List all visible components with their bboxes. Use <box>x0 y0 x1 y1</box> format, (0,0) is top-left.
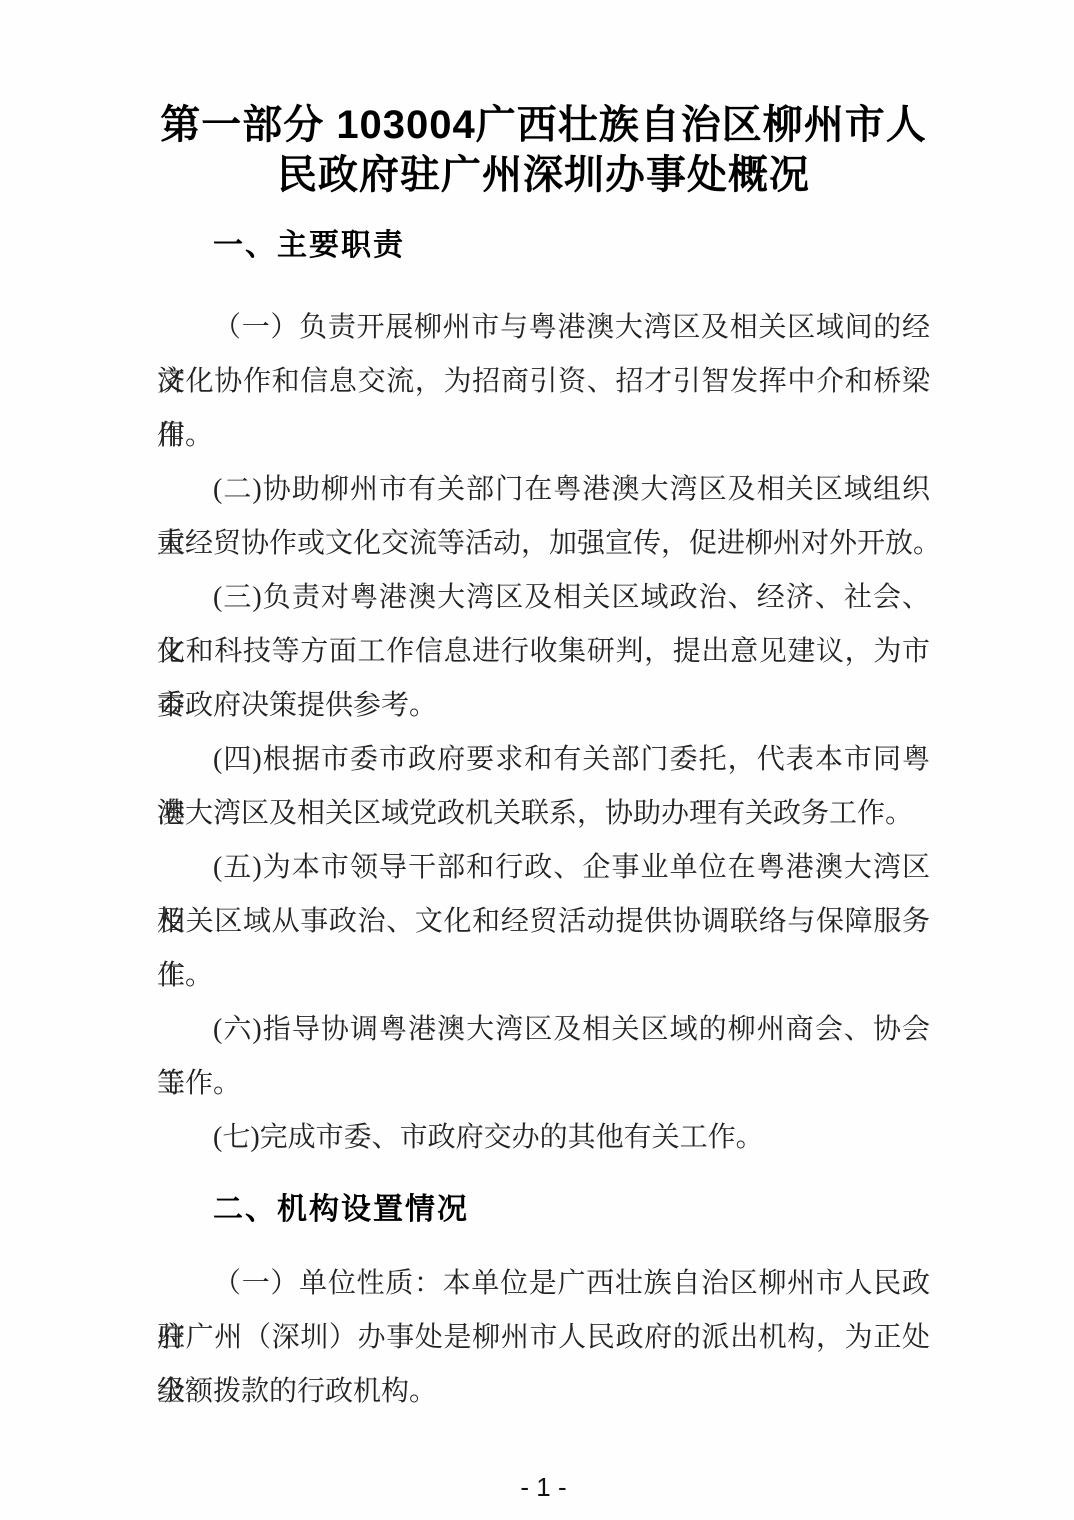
paragraph-line: 市政府决策提供参考。 <box>157 679 930 733</box>
paragraph-line: (五)为本市领导干部和行政、企事业单位在粤港澳大湾区及 <box>157 841 930 895</box>
document-title: 第一部分 103004广西壮族自治区柳州市人 民政府驻广州深圳办事处概况 <box>157 0 930 200</box>
paragraph-line: (三)负责对粤港澳大湾区及相关区域政治、经济、社会、文 <box>157 571 930 625</box>
paragraph-line: 全额拨款的行政机构。 <box>157 1365 930 1419</box>
document-page: 第一部分 103004广西壮族自治区柳州市人 民政府驻广州深圳办事处概况 一、主… <box>0 0 1074 1520</box>
paragraph-line: 用。 <box>157 409 930 463</box>
section-body-main-duties: （一）负责开展柳州市与粤港澳大湾区及相关区域间的经济 文化协作和信息交流，为招商… <box>157 301 930 1165</box>
document-title-line-1: 第一部分 103004广西壮族自治区柳州市人 <box>157 100 930 150</box>
paragraph-line: (六)指导协调粤港澳大湾区及相关区域的柳州商会、协会等 <box>157 1003 930 1057</box>
section-heading-organization: 二、机构设置情况 <box>157 1190 930 1230</box>
document-title-line-2: 民政府驻广州深圳办事处概况 <box>157 150 930 200</box>
paragraph-line: 作。 <box>157 949 930 1003</box>
paragraph-line: 相关区域从事政治、文化和经贸活动提供协调联络与保障服务工 <box>157 895 930 949</box>
paragraph-line: (七)完成市委、市政府交办的其他有关工作。 <box>157 1111 930 1165</box>
paragraph-line: （一）单位性质：本单位是广西壮族自治区柳州市人民政府 <box>157 1257 930 1311</box>
paragraph-line: (四)根据市委市政府要求和有关部门委托，代表本市同粤港 <box>157 733 930 787</box>
page-number: - 1 - <box>157 1472 930 1502</box>
paragraph-line: （一）负责开展柳州市与粤港澳大湾区及相关区域间的经济 <box>157 301 930 355</box>
paragraph-line: 化和科技等方面工作信息进行收集研判，提出意见建议，为市委 <box>157 625 930 679</box>
section-heading-main-duties: 一、主要职责 <box>157 226 930 266</box>
paragraph-line: 工作。 <box>157 1057 930 1111</box>
paragraph-line: 文化协作和信息交流，为招商引资、招才引智发挥中介和桥梁作 <box>157 355 930 409</box>
paragraph-line: 驻广州（深圳）办事处是柳州市人民政府的派出机构，为正处级 <box>157 1311 930 1365</box>
paragraph-line: (二)协助柳州市有关部门在粤港澳大湾区及相关区域组织重 <box>157 463 930 517</box>
paragraph-line: 澳大湾区及相关区域党政机关联系，协助办理有关政务工作。 <box>157 787 930 841</box>
section-body-organization: （一）单位性质：本单位是广西壮族自治区柳州市人民政府 驻广州（深圳）办事处是柳州… <box>157 1257 930 1419</box>
paragraph-line: 大经贸协作或文化交流等活动，加强宣传，促进柳州对外开放。 <box>157 517 930 571</box>
